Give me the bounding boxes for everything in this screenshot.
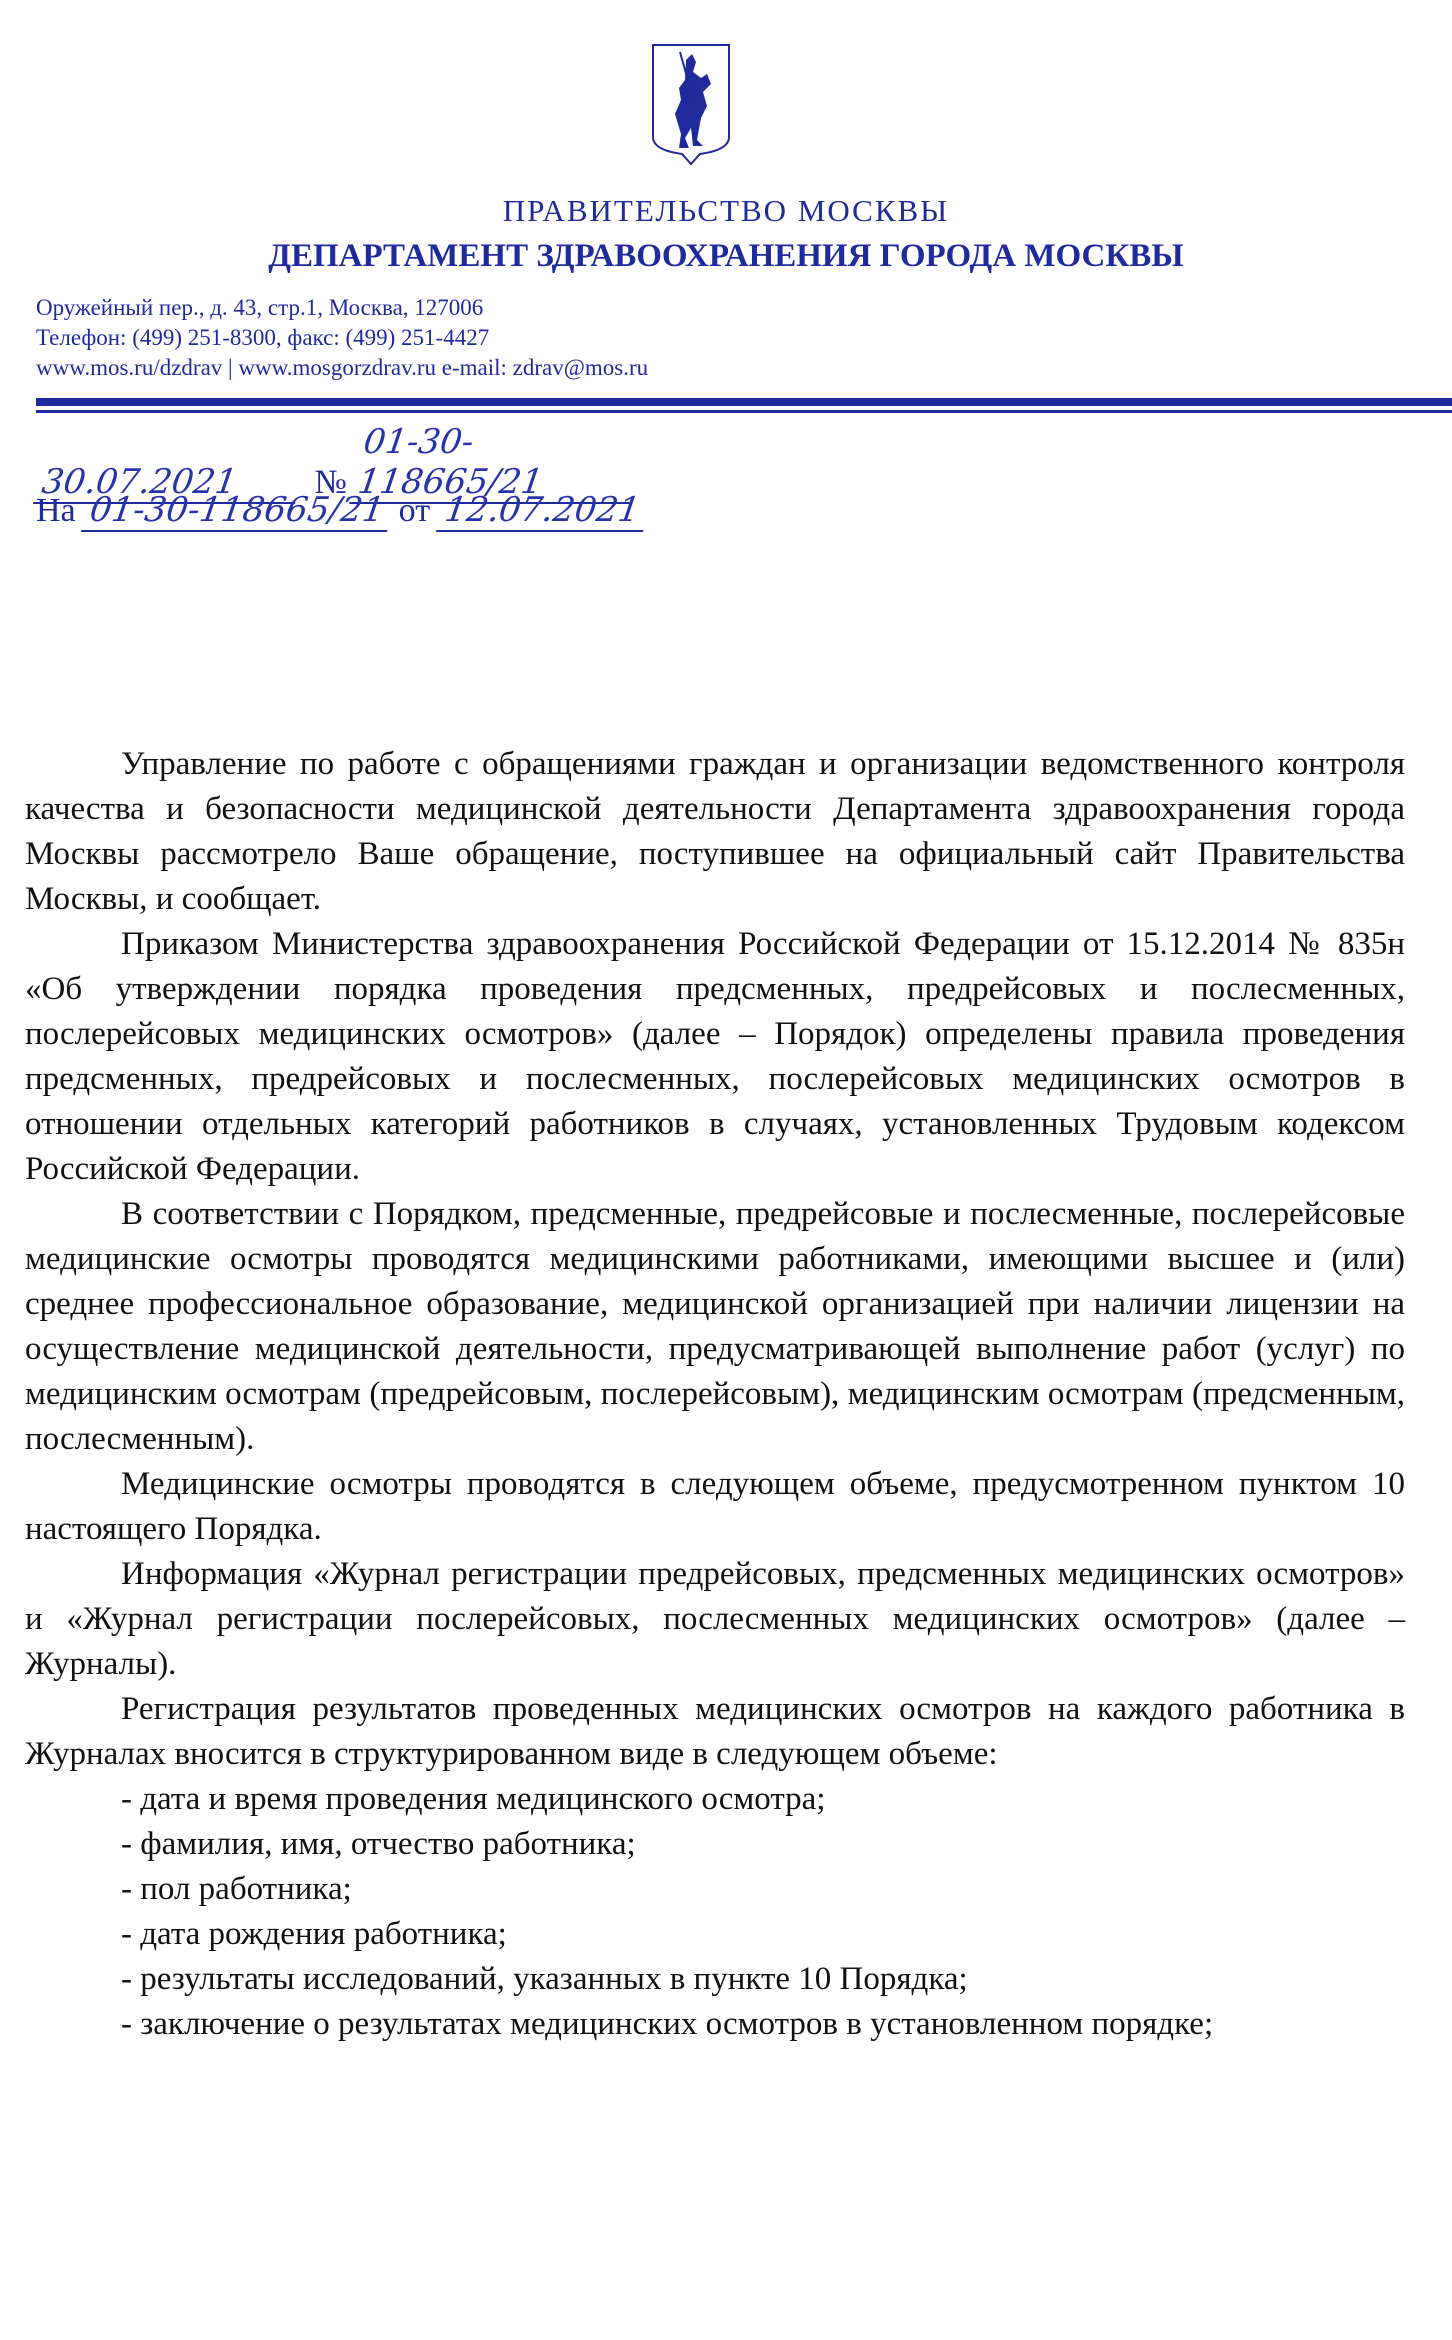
header-rule-thin xyxy=(36,410,1452,413)
list-item: - дата и время проведения медицинского о… xyxy=(25,1777,1405,1822)
paragraph: Управление по работе с обращениями гражд… xyxy=(25,742,1405,922)
phone: Телефон: (499) 251-8300, факс: (499) 251… xyxy=(36,323,648,353)
paragraph: Регистрация результатов проведенных меди… xyxy=(25,1687,1405,1777)
paragraph: Приказом Министерства здравоохранения Ро… xyxy=(25,922,1405,1192)
letter-body: Управление по работе с обращениями гражд… xyxy=(25,742,1405,2047)
in-reply-number: 01-30-118665/21 xyxy=(81,490,393,532)
list-item: - заключение о результатах медицинских о… xyxy=(25,2002,1405,2047)
list-item: - пол работника; xyxy=(25,1867,1405,1912)
paragraph: Информация «Журнал регистрации предрейсо… xyxy=(25,1552,1405,1687)
list-item: - дата рождения работника; xyxy=(25,1912,1405,1957)
in-reply-from: от xyxy=(399,492,430,529)
header-rule-thick xyxy=(36,398,1452,406)
paragraph: В соответствии с Порядком, предсменные, … xyxy=(25,1192,1405,1462)
incoming-reference: На 01-30-118665/21 от 12.07.2021 xyxy=(36,490,645,532)
paragraph: Медицинские осмотры проводятся в следующ… xyxy=(25,1462,1405,1552)
department-title: ДЕПАРТАМЕНТ ЗДРАВООХРАНЕНИЯ ГОРОДА МОСКВ… xyxy=(0,238,1452,275)
list-item: - фамилия, имя, отчество работника; xyxy=(25,1822,1405,1867)
web-and-email: www.mos.ru/dzdrav | www.mosgorzdrav.ru e… xyxy=(36,353,648,383)
in-reply-label: На xyxy=(36,492,76,529)
list-item: - результаты исследований, указанных в п… xyxy=(25,1957,1405,2002)
in-reply-date: 12.07.2021 xyxy=(436,490,649,532)
address: Оружейный пер., д. 43, стр.1, Москва, 12… xyxy=(36,293,648,323)
contact-block: Оружейный пер., д. 43, стр.1, Москва, 12… xyxy=(36,293,648,383)
moscow-coat-of-arms-icon xyxy=(650,42,732,168)
government-title: ПРАВИТЕЛЬСТВО МОСКВЫ xyxy=(0,193,1452,229)
